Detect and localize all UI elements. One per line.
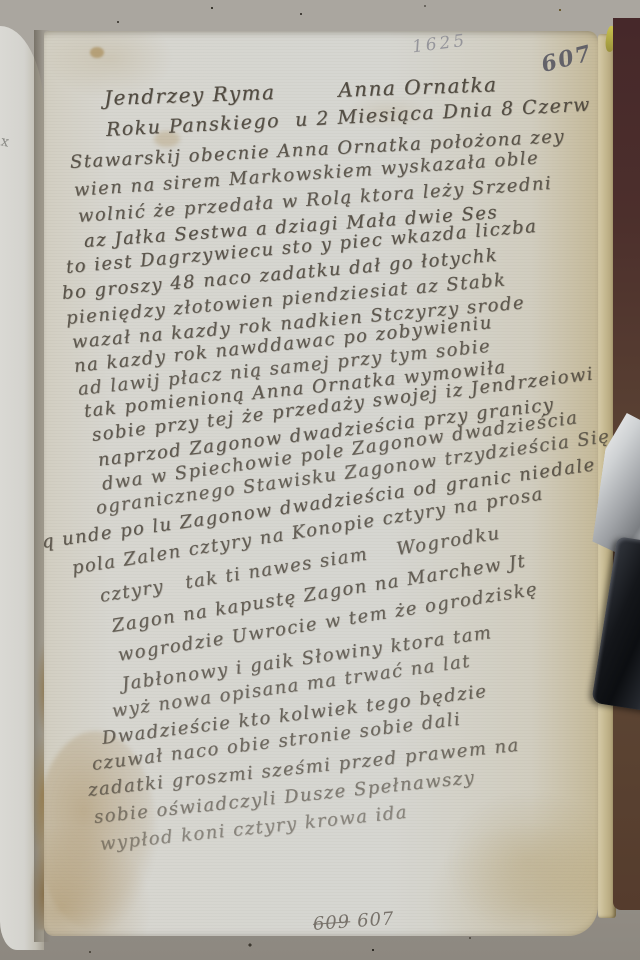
- new-page-number: 607: [356, 908, 395, 932]
- manuscript-page: [44, 31, 598, 936]
- old-page-number: 609: [312, 911, 351, 935]
- pencil-page-numbers-bottom: 609607: [284, 887, 397, 957]
- photo-scene: 1625 607 x 609607 Jendrzey Ryma Anna Orn…: [0, 0, 640, 960]
- paper-texture: [44, 31, 598, 936]
